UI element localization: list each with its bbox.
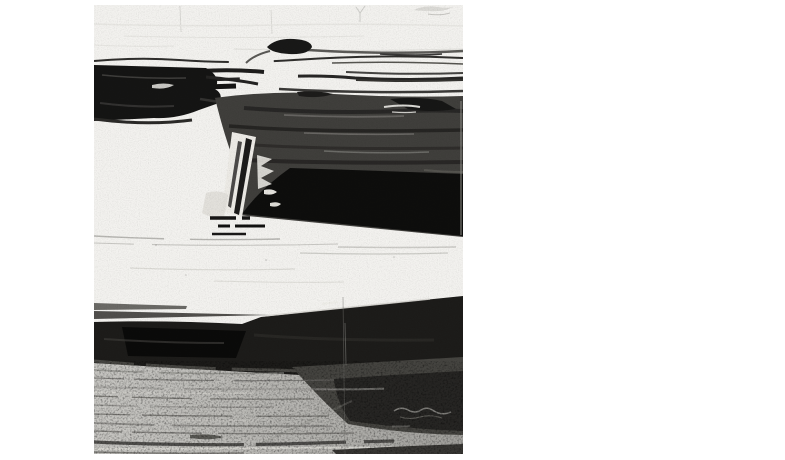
abstract-painting-image — [94, 5, 463, 454]
grain-overlay — [94, 5, 463, 454]
artwork-photo — [94, 5, 463, 454]
page-background — [0, 0, 785, 460]
